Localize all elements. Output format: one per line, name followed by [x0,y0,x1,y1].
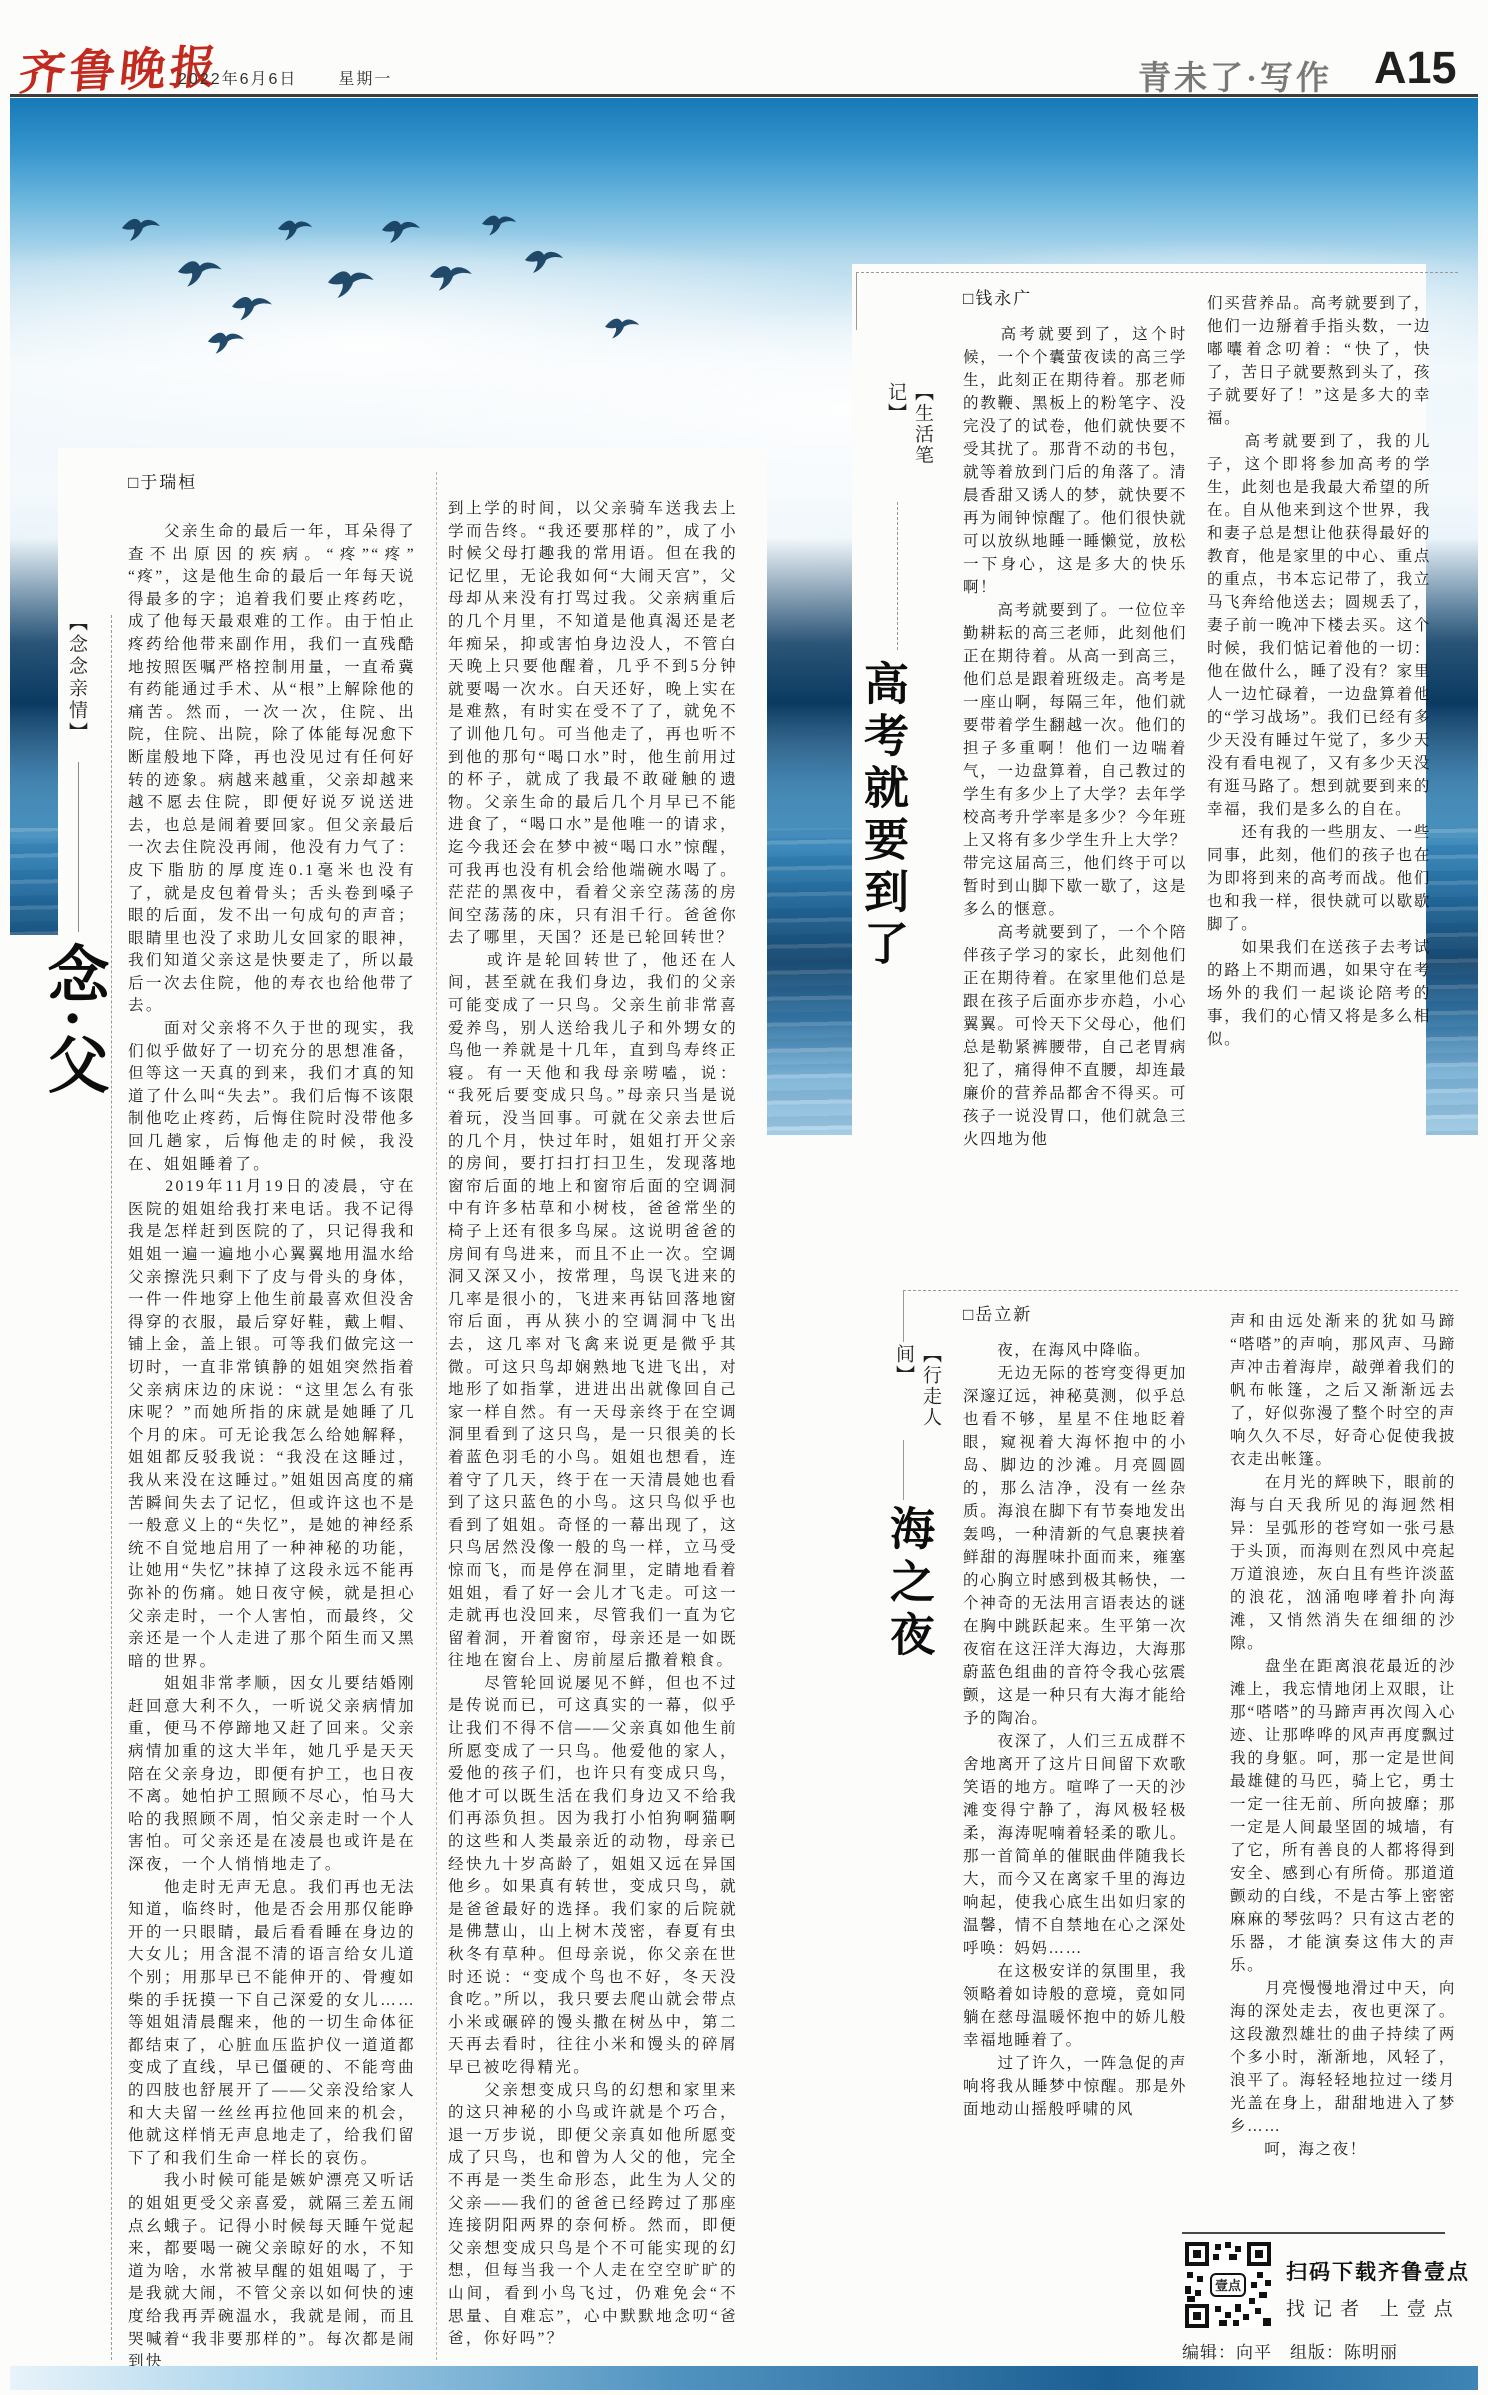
paragraph: 夜深了，人们三五成群不舍地离开了这片日间留下欢歌笑语的地方。喧哗了一天的沙滩变得… [963,1730,1187,1960]
date-text: 2022年6月6日 [178,71,297,88]
paragraph: 尽管轮回说屡见不鲜，但也不过是传说而已，可这真实的一幕，似乎让我们不得不信——父… [448,1673,738,2080]
label-title-connector [903,1440,904,1500]
section-divider-drop [903,1290,904,1342]
header-date: 2022年6月6日 星期一 [178,66,392,89]
paragraph: 如果我们在送孩子去考试的路上不期而遇，如果守在考场外的我们一起谈论陪考的事，我们… [1207,936,1431,1051]
page-number: A15 [1374,42,1457,94]
paragraph: 或许是轮回转世了，他还在人间，甚至就在我们身边，我们的父亲可能变成了一只鸟。父亲… [448,950,738,1673]
article2-column1: □钱永广 高考就要到了，这个时候，一个个囊萤夜读的高三学生，此刻正在期待着。那老… [963,284,1187,1216]
header-rule [10,94,1478,97]
paragraph: 们买营养品。高考就要到了，他们一边掰着手指头数，一边嘟囔着念叨着：“快了，快了，… [1207,292,1431,430]
article-title-gaokao: 高考就要到了 [850,660,915,990]
qr-center-logo: 壹点 [1215,2278,1242,2293]
article2-column2: 们买营养品。高考就要到了，他们一边掰着手指头数，一边嘟囔着念叨着：“快了，快了，… [1207,292,1431,1197]
qr-slogan-text: 找记者 上壹点 [1286,2294,1461,2321]
editor-credits: 编辑：向平 组版：陈明丽 [1182,2338,1398,2363]
paragraph: 还有我的一些朋友、一些同事，此刻，他们的孩子也在为即将到来的高考而战。他们也和我… [1207,821,1431,936]
paragraph: 2019年11月19日的凌晨，守在医院的姐姐给我打来电话。我不记得我是怎样赶到医… [128,1176,416,1673]
article1-column2-text: 到上学的时间，以父亲骑车送我去上学而告终。“我还要那样的”，成了小时候父母打趣我… [448,498,738,2351]
paragraph: 高考就要到了。一位位辛勤耕耘的高三老师，此刻他们正在期待着。从高一到高三，他们总… [963,599,1187,921]
paragraph: 在这极安详的氛围里，我领略着如诗般的意境，竟如同躺在慈母温暖怀抱中的娇儿般幸福地… [963,1960,1187,2052]
author-byline: □岳立新 [963,1300,1187,1325]
article3-column2: 声和由远处渐来的犹如马蹄“嗒嗒”的声响，那风声、马蹄声冲击着海岸，敲弹着我们的帆… [1230,1310,1456,2185]
category-label-xingzourenjian: 【行走人间】 [890,1344,944,1439]
category-label-shenghuobiji: 【生活笔记】 [882,382,936,497]
section-divider-drop [856,272,857,330]
paragraph: 高考就要到了，我的儿子，这个即将参加高考的学生，此刻也是我最大希望的所在。自从他… [1207,430,1431,821]
label-title-connector [78,762,79,932]
article2-column1-text: 高考就要到了，这个时候，一个个囊萤夜读的高三学生，此刻正在期待着。那老师的教鞭、… [963,323,1187,1151]
author-byline: □于瑞桓 [128,468,416,493]
article1-column2: 到上学的时间，以父亲骑车送我去上学而告终。“我还要那样的”，成了小时候父母打趣我… [448,498,738,2368]
article3-column1: □岳立新 夜，在海风中降临。 无边无际的苍穹变得更加深邃辽远，神秘莫测，似乎总也… [963,1300,1187,2188]
paragraph: 高考就要到了，一个个陪伴孩子学习的家长，此刻他们正在期待着。在家里他们总是跟在孩… [963,921,1187,1151]
column-rule [436,472,437,2360]
paragraph: 他走时无声无息。我们再也无法知道，临终时，他是否会用那仅能睁开的一只眼睛，最后看… [128,1877,416,2171]
paragraph: 无边无际的苍穹变得更加深邃辽远，神秘莫测，似乎总也看不够，星星不住地眨着眼，窥视… [963,1362,1187,1730]
qr-scan-text: 扫码下载齐鲁壹点 [1286,2256,1470,2286]
article3-column2-text: 声和由远处渐来的犹如马蹄“嗒嗒”的声响，那风声、马蹄声冲击着海岸，敲弹着我们的帆… [1230,1310,1456,2161]
paragraph: 到上学的时间，以父亲骑车送我去上学而告终。“我还要那样的”，成了小时候父母打趣我… [448,498,738,950]
column-rule [111,615,112,2360]
article-title-haizhiye: 海之夜 [876,1505,941,1725]
section-divider [856,272,1458,273]
newspaper-page: 齐鲁晚报 2022年6月6日 星期一 青未了·写作 A15 [0,0,1488,2395]
paragraph: 月亮慢慢地滑过中天，向海的深处走去，夜也更深了。这段激烈雄壮的曲子持续了两个多小… [1230,1977,1456,2138]
paragraph: 姐姐非常孝顺，因女儿要结婚刚赶回意大利不久，一听说父亲病情加重，便马不停蹄地又赶… [128,1673,416,1876]
paragraph: 过了许久，一阵急促的声响将我从睡梦中惊醒。那是外面地动山摇般呼啸的风 [963,2052,1187,2121]
paragraph: 呵，海之夜！ [1230,2138,1456,2161]
footer-rule [1182,2232,1445,2234]
paragraph: 父亲想变成只鸟的幻想和家里来的这只神秘的小鸟或许就是个巧合，退一万步说，即便父亲… [448,2080,738,2351]
paragraph: 面对父亲将不久于世的现实，我们似乎做好了一切充分的思想准备，但等这一天真的到来，… [128,1018,416,1176]
section-title: 青未了·写作 [1138,52,1332,99]
weekday-text: 星期一 [338,71,392,88]
article1-column1-text: 父亲生命的最后一年，耳朵得了查不出原因的疾病。“疼”“疼”“疼”，这是他生命的最… [128,521,416,2368]
article-title-nianfu: 念·父 [28,942,117,1192]
bottom-photo-strip [10,2366,1478,2390]
author-byline: □钱永广 [963,284,1187,309]
section-divider [903,1290,1458,1291]
paragraph: 声和由远处渐来的犹如马蹄“嗒嗒”的声响，那风声、马蹄声冲击着海岸，敲弹着我们的帆… [1230,1310,1456,1471]
article1-column1: □于瑞桓 父亲生命的最后一年，耳朵得了查不出原因的疾病。“疼”“疼”“疼”，这是… [128,468,416,2368]
article3-column1-text: 夜，在海风中降临。 无边无际的苍穹变得更加深邃辽远，神秘莫测，似乎总也看不够，星… [963,1339,1187,2121]
label-title-connector [897,502,898,650]
article2-column2-text: 们买营养品。高考就要到了，他们一边掰着手指头数，一边嘟囔着念叨着：“快了，快了，… [1207,292,1431,1051]
category-label-qinqing: 【念念亲情】 [63,612,90,752]
paragraph: 盘坐在距离浪花最近的沙滩上，我忘情地闭上双眼，让那“嗒嗒”的马蹄声再次闯入心迹、… [1230,1655,1456,1977]
paragraph: 高考就要到了，这个时候，一个个囊萤夜读的高三学生，此刻正在期待着。那老师的教鞭、… [963,323,1187,599]
paragraph: 夜，在海风中降临。 [963,1339,1187,1362]
paragraph: 我小时候可能是嫉妒漂亮又听话的姐姐更受父亲喜爱，就隔三差五闹点幺蛾子。记得小时候… [128,2170,416,2368]
paragraph: 在月光的辉映下，眼前的海与白天我所见的海迥然相异：呈弧形的苍穹如一张弓悬于头顶，… [1230,1471,1456,1655]
qr-code: 壹点 [1185,2242,1271,2328]
paragraph: 父亲生命的最后一年，耳朵得了查不出原因的疾病。“疼”“疼”“疼”，这是他生命的最… [128,521,416,1018]
